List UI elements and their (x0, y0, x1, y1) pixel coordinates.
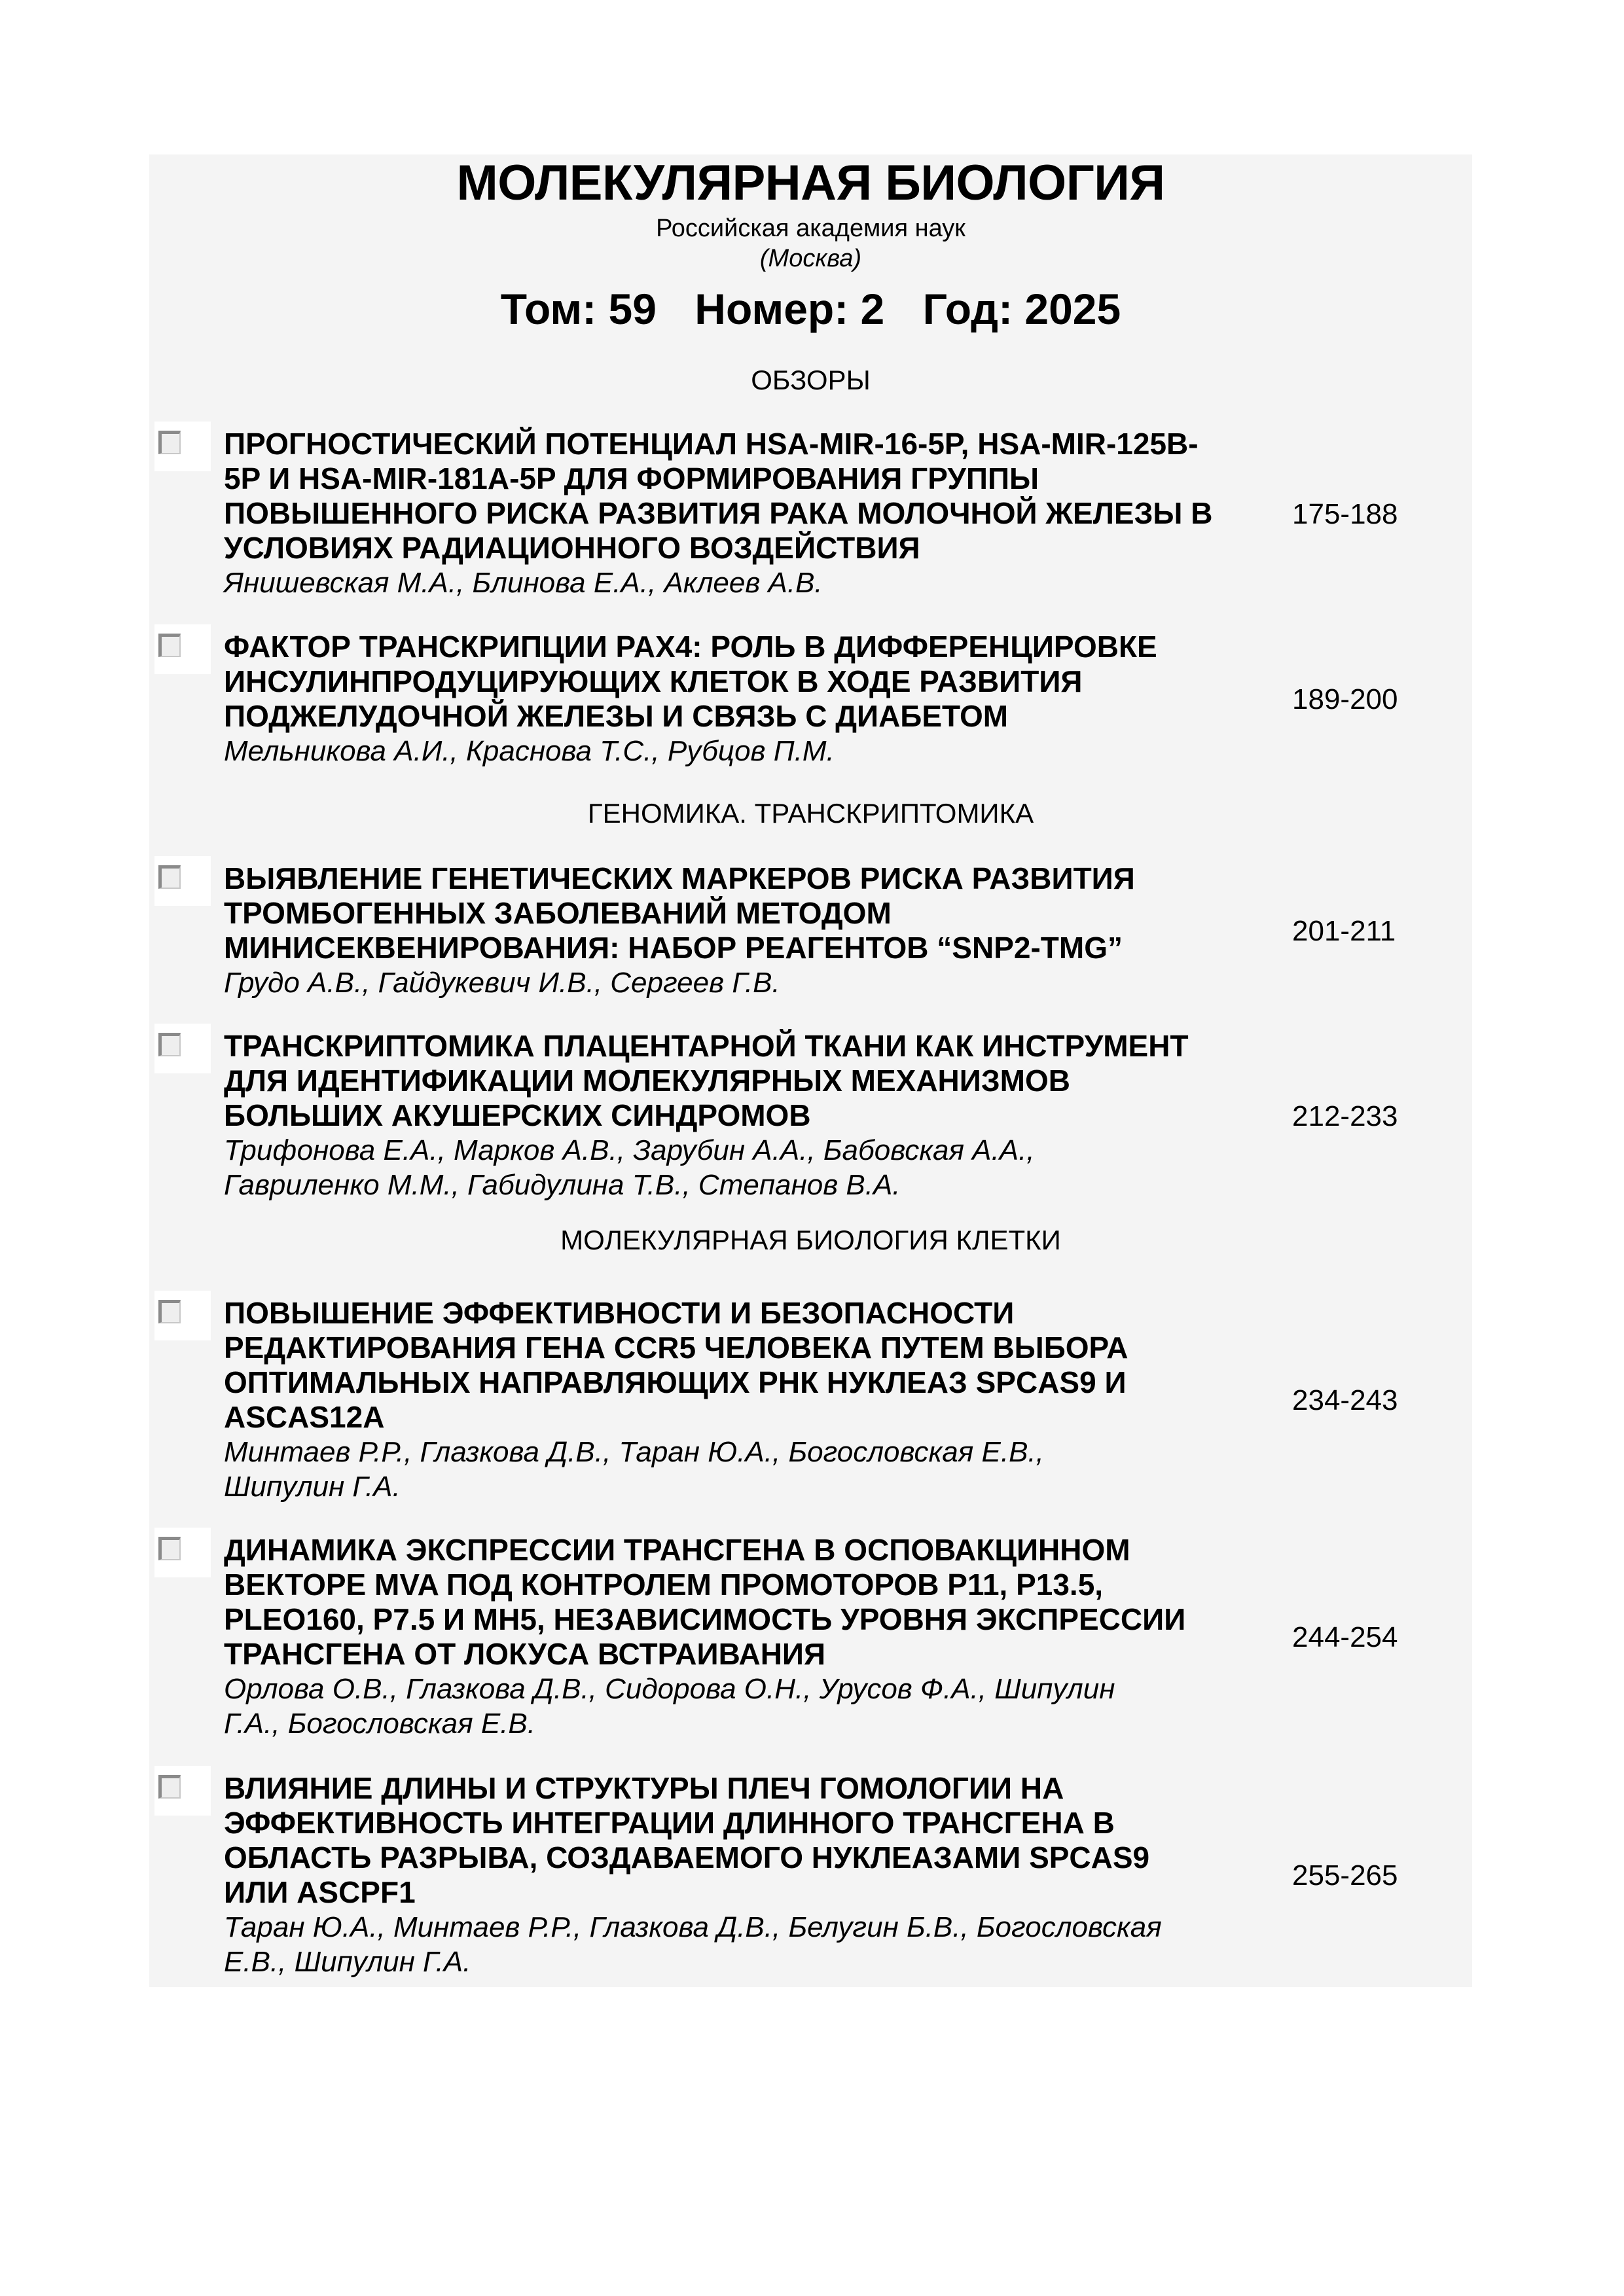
article-authors: Орлова О.В., Глазкова Д.В., Сидорова О.Н… (224, 1672, 1284, 1741)
article-title-line: ПОДЖЕЛУДОЧНОЙ ЖЕЛЕЗЫ И СВЯЗЬ С ДИАБЕТОМ (224, 699, 1284, 734)
article-title-line: ASCAS12A (224, 1400, 1284, 1435)
checkbox-icon[interactable] (154, 624, 211, 674)
article-title-line: ТРАНСКРИПТОМИКА ПЛАЦЕНТАРНОЙ ТКАНИ КАК И… (224, 1029, 1284, 1064)
article-title-line: РЕДАКТИРОВАНИЯ ГЕНА CCR5 ЧЕЛОВЕКА ПУТЕМ … (224, 1331, 1284, 1365)
article-title-line: 5P И HSA-MIR-181A-5P ДЛЯ ФОРМИРОВАНИЯ ГР… (224, 461, 1284, 496)
checkbox-icon[interactable] (154, 856, 211, 906)
article-authors-line: Шипулин Г.А. (224, 1469, 1284, 1504)
article-title-line: УСЛОВИЯХ РАДИАЦИОННОГО ВОЗДЕЙСТВИЯ (224, 531, 1284, 565)
article-title-line: ПРОГНОСТИЧЕСКИЙ ПОТЕНЦИАЛ HSA-MIR-16-5P,… (224, 427, 1284, 461)
article-authors: Трифонова Е.А., Марков А.В., Зарубин А.А… (224, 1133, 1284, 1202)
checkbox-icon[interactable] (154, 1291, 211, 1340)
article-authors: Минтаев Р.Р., Глазкова Д.В., Таран Ю.А.,… (224, 1435, 1284, 1504)
article-title-line: ОПТИМАЛЬНЫХ НАПРАВЛЯЮЩИХ РНК НУКЛЕАЗ SPC… (224, 1365, 1284, 1400)
article-title-line: ЭФФЕКТИВНОСТЬ ИНТЕГРАЦИИ ДЛИННОГО ТРАНСГ… (224, 1806, 1284, 1840)
article-authors-line: Трифонова Е.А., Марков А.В., Зарубин А.А… (224, 1133, 1284, 1168)
issue-number: Номер: 2 (695, 285, 884, 333)
article-authors-line: Орлова О.В., Глазкова Д.В., Сидорова О.Н… (224, 1672, 1284, 1706)
article-title[interactable]: ВЫЯВЛЕНИЕ ГЕНЕТИЧЕСКИХ МАРКЕРОВ РИСКА РА… (224, 861, 1284, 965)
article-title[interactable]: ПОВЫШЕНИЕ ЭФФЕКТИВНОСТИ И БЕЗОПАСНОСТИРЕ… (224, 1296, 1284, 1435)
article-authors-line: Гавриленко М.М., Габидулина Т.В., Степан… (224, 1168, 1284, 1202)
article-authors: Таран Ю.А., Минтаев Р.Р., Глазкова Д.В.,… (224, 1910, 1284, 1979)
article-authors: Янишевская М.А., Блинова Е.А., Аклеев А.… (224, 565, 1284, 600)
article-title[interactable]: ДИНАМИКА ЭКСПРЕССИИ ТРАНСГЕНА В ОСПОВАКЦ… (224, 1533, 1284, 1672)
article-title-line: ПОВЫШЕННОГО РИСКА РАЗВИТИЯ РАКА МОЛОЧНОЙ… (224, 496, 1284, 531)
article-title-line: МИНИСЕКВЕНИРОВАНИЯ: НАБОР РЕАГЕНТОВ “SNP… (224, 931, 1284, 965)
year: Год: 2025 (923, 285, 1121, 333)
publisher: Российская академия наук (149, 213, 1472, 243)
article-title-line: ВЫЯВЛЕНИЕ ГЕНЕТИЧЕСКИХ МАРКЕРОВ РИСКА РА… (224, 861, 1284, 896)
article-authors-line: Таран Ю.А., Минтаев Р.Р., Глазкова Д.В.,… (224, 1910, 1284, 1945)
article-authors-line: Янишевская М.А., Блинова Е.А., Аклеев А.… (224, 565, 1284, 600)
issue-info: Том: 59 Номер: 2 Год: 2025 (149, 283, 1472, 335)
city: (Москва) (149, 243, 1472, 274)
checkbox-icon[interactable] (154, 422, 211, 471)
article-authors-line: Мельникова А.И., Краснова Т.С., Рубцов П… (224, 734, 1284, 768)
article-title-line: БОЛЬШИХ АКУШЕРСКИХ СИНДРОМОВ (224, 1098, 1284, 1133)
section-heading-cell-biology: МОЛЕКУЛЯРНАЯ БИОЛОГИЯ КЛЕТКИ (149, 1224, 1472, 1257)
article-authors: Грудо А.В., Гайдукевич И.В., Сергеев Г.В… (224, 965, 1284, 1000)
article-title-line: ФАКТОР ТРАНСКРИПЦИИ PAX4: РОЛЬ В ДИФФЕРЕ… (224, 630, 1284, 664)
checkbox-icon[interactable] (154, 1528, 211, 1577)
article-title-line: ТРАНСГЕНА ОТ ЛОКУСА ВСТРАИВАНИЯ (224, 1637, 1284, 1672)
article-pages: 244-254 (1292, 1620, 1398, 1655)
section-heading-genomics: ГЕНОМИКА. ТРАНСКРИПТОМИКА (149, 797, 1472, 830)
article-pages: 201-211 (1292, 914, 1396, 948)
article-authors: Мельникова А.И., Краснова Т.С., Рубцов П… (224, 734, 1284, 768)
article-title[interactable]: ТРАНСКРИПТОМИКА ПЛАЦЕНТАРНОЙ ТКАНИ КАК И… (224, 1029, 1284, 1133)
article-pages: 175-188 (1292, 497, 1398, 531)
article-title-line: ОБЛАСТЬ РАЗРЫВА, СОЗДАВАЕМОГО НУКЛЕАЗАМИ… (224, 1840, 1284, 1875)
article-authors-line: Грудо А.В., Гайдукевич И.В., Сергеев Г.В… (224, 965, 1284, 1000)
journal-title: МОЛЕКУЛЯРНАЯ БИОЛОГИЯ (149, 154, 1472, 212)
article-title[interactable]: ПРОГНОСТИЧЕСКИЙ ПОТЕНЦИАЛ HSA-MIR-16-5P,… (224, 427, 1284, 565)
article-title-line: PLEO160, P7.5 И MH5, НЕЗАВИСИМОСТЬ УРОВН… (224, 1602, 1284, 1637)
article-title-line: ТРОМБОГЕННЫХ ЗАБОЛЕВАНИЙ МЕТОДОМ (224, 896, 1284, 931)
article-title-line: ВЛИЯНИЕ ДЛИНЫ И СТРУКТУРЫ ПЛЕЧ ГОМОЛОГИИ… (224, 1771, 1284, 1806)
checkbox-icon[interactable] (154, 1024, 211, 1073)
article-authors-line: Е.В., Шипулин Г.А. (224, 1945, 1284, 1979)
article-title[interactable]: ВЛИЯНИЕ ДЛИНЫ И СТРУКТУРЫ ПЛЕЧ ГОМОЛОГИИ… (224, 1771, 1284, 1910)
article-title-line: ВЕКТОРЕ MVA ПОД КОНТРОЛЕМ ПРОМОТОРОВ P11… (224, 1568, 1284, 1602)
article-pages: 234-243 (1292, 1383, 1398, 1418)
article-authors-line: Г.А., Богословская Е.В. (224, 1706, 1284, 1741)
article-title-line: ИЛИ ASCPF1 (224, 1875, 1284, 1910)
article-title-line: ИНСУЛИНПРОДУЦИРУЮЩИХ КЛЕТОК В ХОДЕ РАЗВИ… (224, 664, 1284, 699)
section-heading-reviews: ОБЗОРЫ (149, 364, 1472, 397)
article-authors-line: Минтаев Р.Р., Глазкова Д.В., Таран Ю.А.,… (224, 1435, 1284, 1469)
article-pages: 255-265 (1292, 1858, 1398, 1893)
article-title-line: ДИНАМИКА ЭКСПРЕССИИ ТРАНСГЕНА В ОСПОВАКЦ… (224, 1533, 1284, 1568)
volume: Том: 59 (501, 285, 657, 333)
article-title[interactable]: ФАКТОР ТРАНСКРИПЦИИ PAX4: РОЛЬ В ДИФФЕРЕ… (224, 630, 1284, 734)
article-title-line: ДЛЯ ИДЕНТИФИКАЦИИ МОЛЕКУЛЯРНЫХ МЕХАНИЗМО… (224, 1064, 1284, 1098)
article-pages: 189-200 (1292, 682, 1398, 717)
article-title-line: ПОВЫШЕНИЕ ЭФФЕКТИВНОСТИ И БЕЗОПАСНОСТИ (224, 1296, 1284, 1331)
checkbox-icon[interactable] (154, 1766, 211, 1816)
article-pages: 212-233 (1292, 1099, 1398, 1134)
